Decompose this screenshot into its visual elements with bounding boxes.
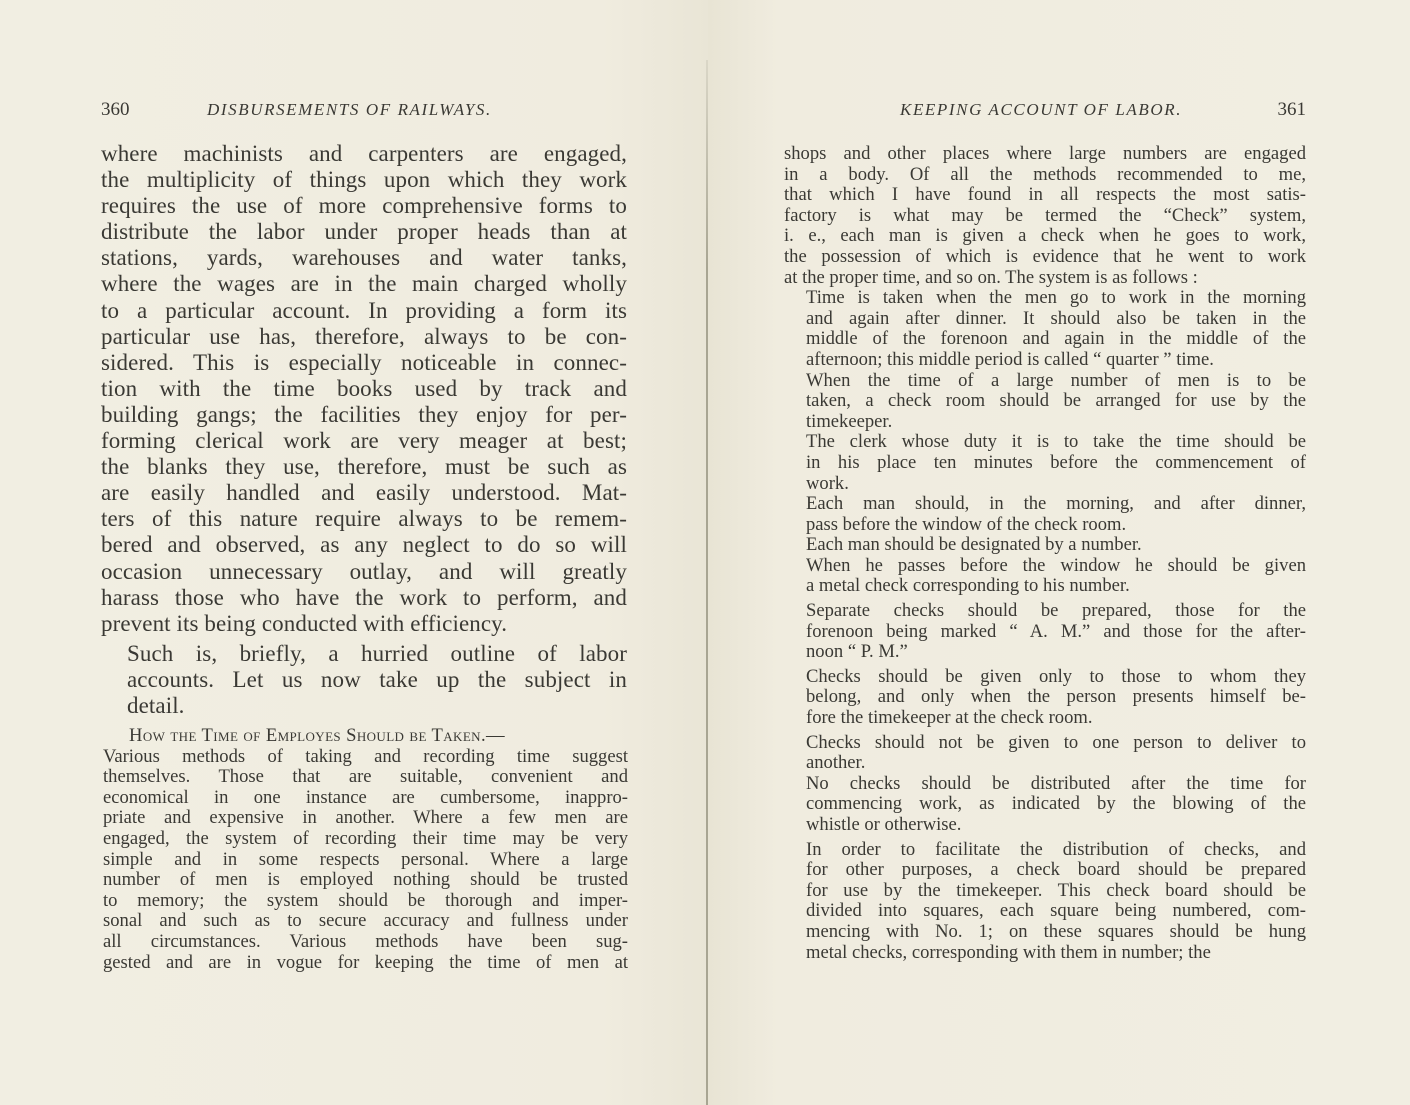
text-line: to memory; the system should be thorough… (103, 891, 628, 912)
left-section-small: How the Time of Employes Should be Taken… (103, 726, 628, 973)
paragraph: Checks should not be given to one person… (784, 733, 1306, 774)
text-line: bered and observed, as any neglect to do… (101, 532, 627, 558)
text-line: Checks should be given only to those to … (784, 667, 1306, 688)
text-line: the possession of which is evidence that… (784, 247, 1306, 268)
text-line: in his place ten minutes before the comm… (784, 453, 1306, 474)
text-line: belong, and only when the person present… (784, 687, 1306, 708)
text-line: for use by the timekeeper. This check bo… (784, 881, 1306, 902)
text-line: Separate checks should be prepared, thos… (784, 601, 1306, 622)
text-line: pass before the window of the check room… (784, 515, 1306, 536)
text-line: sidered. This is especially noticeable i… (101, 350, 627, 376)
text-line: middle of the forenoon and again in the … (784, 329, 1306, 350)
text-line: No checks should be distributed after th… (784, 774, 1306, 795)
text-line: work. (784, 474, 1306, 495)
text-line: detail. (101, 693, 627, 719)
text-line: requires the use of more comprehensive f… (101, 193, 627, 219)
paragraph: Each man should, in the morning, and aft… (784, 494, 1306, 535)
text-line: shops and other places where large numbe… (784, 144, 1306, 165)
text-line: and again after dinner. It should also b… (784, 309, 1306, 330)
text-line: whistle or otherwise. (784, 815, 1306, 836)
text-line: When the time of a large number of men i… (784, 371, 1306, 392)
book-spread: 360 DISBURSEMENTS OF RAILWAYS. KEEPING A… (0, 0, 1410, 1105)
text-line: afternoon; this middle period is called … (784, 350, 1306, 371)
text-line: metal checks, corresponding with them in… (784, 943, 1306, 964)
text-line: a metal check corresponding to his numbe… (784, 576, 1306, 597)
left-running-head: 360 DISBURSEMENTS OF RAILWAYS. (101, 98, 626, 122)
text-line: stations, yards, warehouses and water ta… (101, 245, 627, 271)
text-line: Time is taken when the men go to work in… (784, 288, 1306, 309)
text-line: factory is what may be termed the “Check… (784, 206, 1306, 227)
paragraph: No checks should be distributed after th… (784, 774, 1306, 836)
text-line: forming clerical work are very meager at… (101, 428, 627, 454)
text-line: in a body. Of all the methods recommende… (784, 165, 1306, 186)
text-line: themselves. Those that are suitable, con… (103, 767, 628, 788)
text-line: noon “ P. M.” (784, 642, 1306, 663)
text-line: gested and are in vogue for keeping the … (103, 953, 628, 974)
text-line: all circumstances. Various methods have … (103, 932, 628, 953)
paragraph: In order to facilitate the distribution … (784, 840, 1306, 964)
text-line: simple and in some respects personal. Wh… (103, 850, 628, 871)
text-line: Various methods of taking and recording … (103, 747, 628, 768)
text-line: How the Time of Employes Should be Taken… (103, 726, 628, 747)
text-line: where machinists and carpenters are enga… (101, 141, 627, 167)
text-line: accounts. Let us now take up the subject… (101, 667, 627, 693)
text-line: economical in one instance are cumbersom… (103, 788, 628, 809)
text-line: another. (784, 753, 1306, 774)
paragraph: Various methods of taking and recording … (103, 747, 628, 974)
paragraph: shops and other places where large numbe… (784, 144, 1306, 288)
text-line: When he passes before the window he shou… (784, 556, 1306, 577)
text-line: Each man should, in the morning, and aft… (784, 494, 1306, 515)
paragraph: Checks should be given only to those to … (784, 667, 1306, 729)
text-line: tion with the time books used by track a… (101, 376, 627, 402)
section-heading: How the Time of Employes Should be Taken… (129, 725, 505, 746)
paragraph: When he passes before the window he shou… (784, 556, 1306, 597)
text-line: that which I have found in all respects … (784, 185, 1306, 206)
paragraph: Each man should be designated by a numbe… (784, 535, 1306, 556)
text-line: Each man should be designated by a numbe… (784, 535, 1306, 556)
text-line: engaged, the system of recording their t… (103, 829, 628, 850)
text-line: mencing with No. 1; on these squares sho… (784, 922, 1306, 943)
text-line: prevent its being conducted with efficie… (101, 611, 627, 637)
text-line: building gangs; the facilities they enjo… (101, 402, 627, 428)
book-gutter (706, 60, 708, 1105)
paragraph: Such is, briefly, a hurried outline of l… (101, 641, 627, 719)
text-line: In order to facilitate the distribution … (784, 840, 1306, 861)
text-line: to a particular account. In providing a … (101, 298, 627, 324)
text-line: the multiplicity of things upon which th… (101, 167, 627, 193)
paragraph: Separate checks should be prepared, thos… (784, 601, 1306, 663)
text-line: at the proper time, and so on. The syste… (784, 268, 1306, 289)
text-line: Checks should not be given to one person… (784, 733, 1306, 754)
text-line: are easily handled and easily understood… (101, 480, 627, 506)
text-line: the blanks they use, therefore, must be … (101, 454, 627, 480)
text-line: particular use has, therefore, always to… (101, 324, 627, 350)
text-line: Such is, briefly, a hurried outline of l… (101, 641, 627, 667)
paragraph: The clerk whose duty it is to take the t… (784, 432, 1306, 494)
text-line: for other purposes, a check board should… (784, 860, 1306, 881)
text-line: ters of this nature require always to be… (101, 506, 627, 532)
left-body-large: where machinists and carpenters are enga… (101, 141, 627, 719)
text-line: i. e., each man is given a check when he… (784, 226, 1306, 247)
text-line: The clerk whose duty it is to take the t… (784, 432, 1306, 453)
text-line: occasion unnecessary outlay, and will gr… (101, 559, 627, 585)
text-line: commencing work, as indicated by the blo… (784, 794, 1306, 815)
right-running-head: KEEPING ACCOUNT OF LABOR. 361 (790, 98, 1306, 122)
right-running-title: KEEPING ACCOUNT OF LABOR. (900, 98, 1182, 122)
right-body: shops and other places where large numbe… (784, 144, 1306, 963)
text-line: distribute the labor under proper heads … (101, 219, 627, 245)
left-running-title: DISBURSEMENTS OF RAILWAYS. (207, 98, 492, 122)
text-line: sonal and such as to secure accuracy and… (103, 911, 628, 932)
paragraph: When the time of a large number of men i… (784, 371, 1306, 433)
page-number-right: 361 (1278, 98, 1307, 122)
text-line: divided into squares, each square being … (784, 901, 1306, 922)
text-line: where the wages are in the main charged … (101, 271, 627, 297)
text-line: harass those who have the work to perfor… (101, 585, 627, 611)
paragraph: How the Time of Employes Should be Taken… (103, 726, 628, 747)
text-line: fore the timekeeper at the check room. (784, 708, 1306, 729)
text-line: forenoon being marked “ A. M.” and those… (784, 622, 1306, 643)
paragraph: where machinists and carpenters are enga… (101, 141, 627, 637)
paragraph: Time is taken when the men go to work in… (784, 288, 1306, 370)
text-line: timekeeper. (784, 412, 1306, 433)
text-line: number of men is employed nothing should… (103, 870, 628, 891)
text-line: priate and expensive in another. Where a… (103, 808, 628, 829)
text-line: taken, a check room should be arranged f… (784, 391, 1306, 412)
page-number-left: 360 (101, 98, 130, 122)
